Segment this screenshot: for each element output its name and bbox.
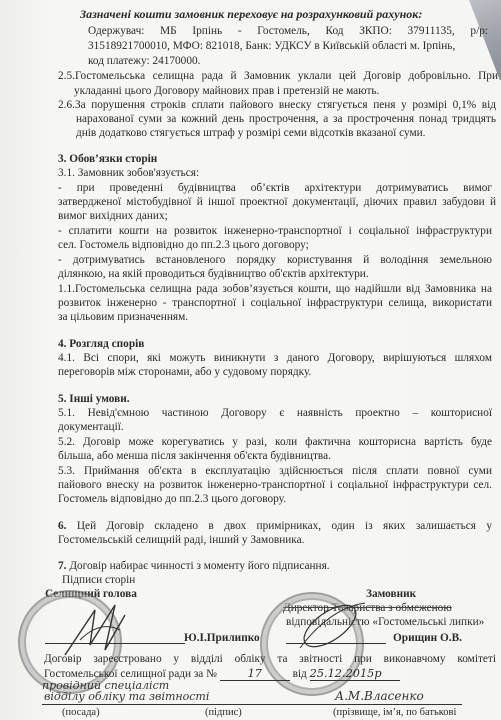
section-5-line: 5.1. Невід'ємною частиною Договору є ная…: [58, 407, 492, 420]
registration-date: 25.12.2015р: [310, 667, 400, 681]
section-3-line: - сплатити кошти на розвиток інженерно-т…: [58, 225, 492, 238]
section-3-line: затвердженої містобудівної й іншої проек…: [58, 196, 496, 209]
caption-signature: (підпис): [205, 706, 242, 719]
section-3-line: вимог вихідних даних;: [58, 210, 168, 223]
section-5-line: документації.: [58, 421, 124, 434]
section-7-line: 7. Договір набирає чинності з моменту йо…: [58, 560, 330, 573]
handwritten-name: А.М.Власенко: [335, 689, 424, 703]
section-7-number: 7.: [58, 560, 66, 572]
section-5-line: більша, або менша після закінчення об'єк…: [58, 450, 331, 463]
clause-2-5-cont: укладанні цього Договору майнових прав і…: [74, 85, 379, 98]
section-3-line: - при проведенні будівництва об’єктів ар…: [58, 182, 492, 195]
left-signatory-name: Ю.І.Прилипко: [184, 632, 260, 645]
handwritten-position-2: відділу обліку та звітності: [44, 690, 209, 703]
section-6-line: 6. Цей Договір складено в двох примірник…: [58, 520, 492, 533]
section-3-line: 1.1.Гостомельська селищна рада зобов’язу…: [58, 283, 492, 296]
payment-line: код платежу: 24170000.: [88, 55, 200, 68]
clause-2-6: 2.6.За порушення строків сплати пайового…: [58, 99, 496, 112]
clause-2-5: 2.5.Гостомельська селищна рада й Замовни…: [58, 70, 498, 83]
section-4-line: переговорів між сторонами, або у судовом…: [58, 366, 311, 379]
section-3-line: розвиток інженерно - транспортної і соці…: [58, 297, 492, 310]
section-5-line: Гостомель відповідно до пп.2.3 цього дог…: [58, 493, 286, 506]
clause-2-6-cont: нарахованої суми за кожний день простроч…: [76, 113, 496, 126]
section-6-line: Гостомельській селищній раді, інший у За…: [58, 534, 304, 547]
signatures-label: Підписи сторін: [62, 574, 135, 587]
scanned-document-page: Зазначені кошти замовник переховує на ро…: [0, 0, 501, 720]
registration-number: 17: [220, 667, 290, 681]
section-7-text: Договір набирає чинності з моменту його …: [69, 560, 329, 572]
right-signature-scribble: [290, 598, 370, 658]
left-signature-scribble: [60, 600, 130, 660]
right-signatory-title: Замовник: [366, 588, 416, 601]
registration-date-prefix: від: [293, 668, 307, 680]
registration-signature-line: [42, 704, 462, 705]
section-4-title: 4. Розгляд спорів: [58, 338, 144, 351]
payment-line: Одержувач: МБ Ірпінь - Гостомель, Код ЗК…: [88, 25, 488, 38]
caption-name: (прізвище, ім’я, по батькові: [333, 706, 456, 719]
section-3-intro: 3.1. Замовник зобов'язується:: [58, 167, 199, 180]
section-3-line: - дотримуватись встановленого порядку ко…: [58, 254, 492, 267]
section-4-line: 4.1. Всі спори, які можуть виникнути з д…: [58, 352, 492, 365]
section-3-line: сел. Гостомель відповідно до пп.2.3 цьог…: [58, 239, 309, 252]
section-3-line: ділянкою, на якій проводиться будівництв…: [58, 268, 369, 281]
right-signatory-name: Орищин О.В.: [393, 632, 462, 645]
section-5-line: 5.2. Договір може корегуватись у разі, к…: [58, 436, 492, 449]
caption-position: (посада): [62, 706, 100, 719]
section-5-title: 5. Інші умови.: [58, 393, 130, 406]
section-3-line: за цільовим призначенням.: [58, 311, 188, 324]
clause-2-6-cont: днів додатково стягується штраф у розмір…: [76, 127, 426, 140]
section-6-text: Цей Договір складено в двох примірниках,…: [77, 520, 492, 532]
section-5-line: пайового внеску на розвиток інженерно-тр…: [58, 479, 492, 492]
section-3-title: 3. Обов’язки сторін: [58, 153, 157, 166]
page-fold-shadow: [461, 0, 501, 80]
section-5-line: 5.3. Приймання об'єкта в експлуатацію зд…: [58, 465, 492, 478]
payment-line: 31518921700010, МФО: 821018, Банк: УДКСУ…: [88, 40, 455, 53]
registration-line: Договір зареєстровано у відділі обліку т…: [44, 653, 496, 666]
payment-heading: Зазначені кошти замовник переховує на ро…: [80, 8, 422, 21]
section-6-number: 6.: [58, 520, 66, 532]
